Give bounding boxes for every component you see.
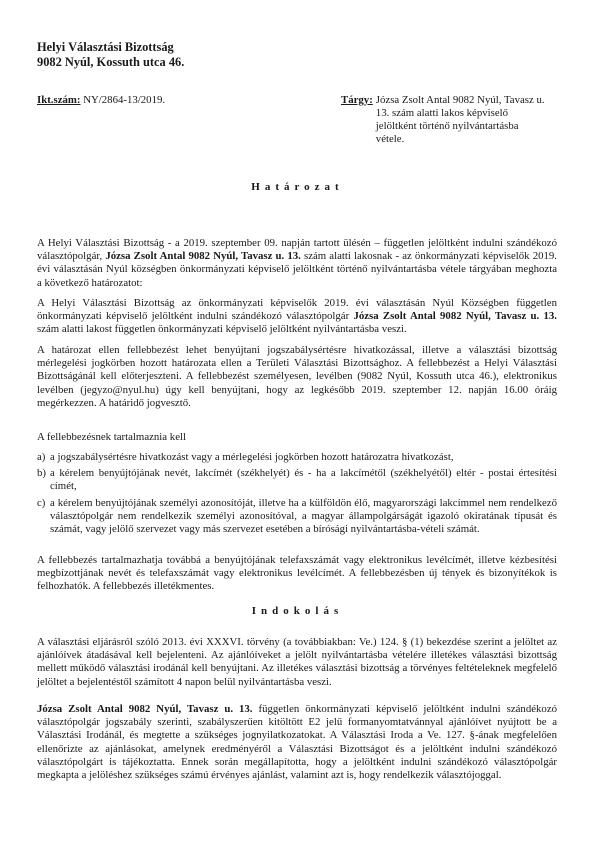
candidate-name-address: Józsa Zsolt Antal 9082 Nyúl, Tavasz u. 1… bbox=[37, 703, 253, 715]
issuer-header: Helyi Választási Bizottság 9082 Nyúl, Ko… bbox=[37, 40, 184, 70]
appeal-contents-list: a) a jogszabálysértésre hivatkozást vagy… bbox=[37, 451, 557, 539]
reasoning-paragraph-2: Józsa Zsolt Antal 9082 Nyúl, Tavasz u. 1… bbox=[37, 703, 557, 782]
list-text: a kérelem benyújtójának nevét, lakcímét … bbox=[50, 467, 557, 493]
list-item: a) a jogszabálysértésre hivatkozást vagy… bbox=[37, 451, 557, 464]
candidate-name-address: Józsa Zsolt Antal 9082 Nyúl, Tavasz u. 1… bbox=[105, 250, 301, 262]
subject-block: Tárgy:Józsa Zsolt Antal 9082 Nyúl, Tavas… bbox=[341, 94, 546, 146]
document-page: Helyi Választási Bizottság 9082 Nyúl, Ko… bbox=[0, 0, 595, 842]
reference-label: Ikt.szám: bbox=[37, 94, 80, 106]
reasoning-title: Indokolás bbox=[0, 605, 595, 617]
reasoning-paragraph-1: A választási eljárásról szóló 2013. évi … bbox=[37, 636, 557, 689]
decision-title: Határozat bbox=[0, 181, 595, 193]
reference-number: Ikt.szám: NY/2864-13/2019. bbox=[37, 94, 165, 107]
subject-value: Józsa Zsolt Antal 9082 Nyúl, Tavasz u. 1… bbox=[376, 94, 546, 146]
appeal-paragraph: A határozat ellen fellebbezést lehet ben… bbox=[37, 344, 557, 410]
list-text: a kérelem benyújtójának személyi azonosí… bbox=[50, 497, 557, 537]
list-marker: b) bbox=[37, 467, 50, 493]
subject-label: Tárgy: bbox=[341, 94, 373, 107]
candidate-name-address: Józsa Zsolt Antal 9082 Nyúl, Tavasz u. 1… bbox=[353, 310, 557, 322]
issuer-name: Helyi Választási Bizottság bbox=[37, 40, 184, 55]
appeal-contents-intro: A fellebbezésnek tartalmaznia kell bbox=[37, 431, 557, 444]
appeal-optional-paragraph: A fellebbezés tartalmazhatja továbbá a b… bbox=[37, 554, 557, 594]
list-item: c) a kérelem benyújtójának személyi azon… bbox=[37, 497, 557, 537]
list-item: b) a kérelem benyújtójának nevét, lakcím… bbox=[37, 467, 557, 493]
list-text: a jogszabálysértésre hivatkozást vagy a … bbox=[50, 451, 557, 464]
decision-intro-paragraph: A Helyi Választási Bizottság - a 2019. s… bbox=[37, 237, 557, 290]
issuer-address: 9082 Nyúl, Kossuth utca 46. bbox=[37, 55, 184, 70]
ruling-paragraph: A Helyi Választási Bizottság az önkormán… bbox=[37, 297, 557, 337]
ruling-text-2: szám alatti lakost független önkormányza… bbox=[37, 323, 407, 335]
list-marker: c) bbox=[37, 497, 50, 537]
list-marker: a) bbox=[37, 451, 50, 464]
reference-value: NY/2864-13/2019. bbox=[83, 94, 165, 106]
